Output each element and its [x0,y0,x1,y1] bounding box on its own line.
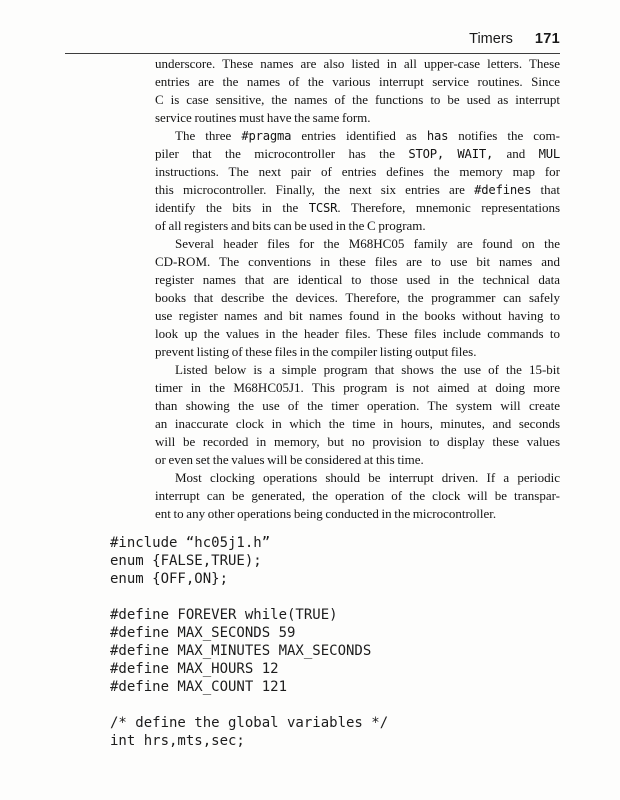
text-line: an inaccurate clock in which the time in… [155,415,560,433]
page-number: 171 [535,31,560,47]
text-line: of all registers and bits can be used in… [155,217,560,235]
code-line: enum {FALSE,TRUE); [110,552,388,570]
inline-code: has [427,129,448,143]
text-segment: instructions. The next pair of entries d… [155,164,560,179]
text-line: than showing the use of the timer operat… [155,397,560,415]
text-segment: this microcontroller. Finally, the next … [155,182,474,197]
inline-code: #pragma [241,129,291,143]
text-segment: Several header files for the M68HC05 fam… [175,236,560,251]
text-segment: prevent listing of these files in the co… [155,344,476,359]
inline-code: WAIT, [457,147,493,161]
code-line: #include “hc05j1.h” [110,534,388,552]
text-segment: or even set the values will be considere… [155,452,424,467]
code-line: #define MAX_MINUTES MAX_SECONDS [110,642,388,660]
text-line: Listed below is a simple program that sh… [155,361,560,379]
text-segment: Most clocking operations should be inter… [175,470,560,485]
running-head: Timers 171 [469,31,560,47]
text-line: CD-ROM. The conventions in these files a… [155,253,560,271]
inline-code: STOP, [408,147,444,161]
code-line [110,696,388,714]
text-segment: books that describe the devices. Therefo… [155,290,560,305]
inline-code: TCSR [309,201,338,215]
code-line [110,588,388,606]
text-segment: timer in the M68HC05J1. This program is … [155,380,560,395]
text-line: look up the values in the header files. … [155,325,560,343]
text-segment: Listed below is a simple program that sh… [175,362,560,377]
body-text: underscore. These names are also listed … [155,55,560,523]
text-line: prevent listing of these files in the co… [155,343,560,361]
section-title: Timers [469,31,513,47]
text-line: underscore. These names are also listed … [155,55,560,73]
text-line: C is case sensitive, the names of the fu… [155,91,560,109]
inline-code: MUL [539,147,560,161]
text-line: piler that the microcontroller has the S… [155,145,560,163]
code-line: #define MAX_COUNT 121 [110,678,388,696]
text-segment: that [531,182,560,197]
paragraph: Most clocking operations should be inter… [155,469,560,523]
text-segment: . Therefore, mnemonic representations [337,200,560,215]
paragraph: The three #pragma entries identified as … [155,127,560,235]
code-line: int hrs,mts,sec; [110,732,388,750]
text-segment: interrupt can be generated, the operatio… [155,488,560,503]
text-segment: CD-ROM. The conventions in these files a… [155,254,560,269]
text-segment: use register names and bit names found i… [155,308,560,323]
text-segment: look up the values in the header files. … [155,326,560,341]
text-line: timer in the M68HC05J1. This program is … [155,379,560,397]
text-line: ent to any other operations being conduc… [155,505,560,523]
code-line: #define MAX_HOURS 12 [110,660,388,678]
text-segment: register names that are identical to tho… [155,272,560,287]
text-segment: identify the bits in the [155,200,309,215]
text-segment: entries are the names of the various int… [155,74,560,89]
text-segment: entries identified as [291,128,427,143]
text-line: instructions. The next pair of entries d… [155,163,560,181]
text-line: this microcontroller. Finally, the next … [155,181,560,199]
text-line: register names that are identical to tho… [155,271,560,289]
text-line: use register names and bit names found i… [155,307,560,325]
text-line: or even set the values will be considere… [155,451,560,469]
code-listing: #include “hc05j1.h”enum {FALSE,TRUE);enu… [110,534,388,750]
text-line: The three #pragma entries identified as … [155,127,560,145]
text-segment: will be recorded in memory, but no provi… [155,434,560,449]
text-segment: ent to any other operations being conduc… [155,506,496,521]
text-line: books that describe the devices. Therefo… [155,289,560,307]
text-segment: than showing the use of the timer operat… [155,398,560,413]
text-line: Most clocking operations should be inter… [155,469,560,487]
text-segment: and [493,146,538,161]
paragraph: Several header files for the M68HC05 fam… [155,235,560,361]
text-segment: The three [175,128,241,143]
text-segment: notifies the com- [448,128,560,143]
text-segment: an inaccurate clock in which the time in… [155,416,560,431]
code-line: #define FOREVER while(TRUE) [110,606,388,624]
text-line: interrupt can be generated, the operatio… [155,487,560,505]
text-line: will be recorded in memory, but no provi… [155,433,560,451]
text-line: Several header files for the M68HC05 fam… [155,235,560,253]
text-segment: service routines must have the same form… [155,110,371,125]
text-segment: underscore. These names are also listed … [155,56,560,71]
text-line: identify the bits in the TCSR. Therefore… [155,199,560,217]
text-segment [444,146,457,161]
book-page: Timers 171 underscore. These names are a… [0,0,620,800]
paragraph: underscore. These names are also listed … [155,55,560,127]
paragraph: Listed below is a simple program that sh… [155,361,560,469]
code-line: /* define the global variables */ [110,714,388,732]
text-line: entries are the names of the various int… [155,73,560,91]
text-line: service routines must have the same form… [155,109,560,127]
text-segment: C is case sensitive, the names of the fu… [155,92,560,107]
inline-code: #defines [474,183,531,197]
text-segment: piler that the microcontroller has the [155,146,408,161]
text-segment: of all registers and bits can be used in… [155,218,426,233]
code-line: #define MAX_SECONDS 59 [110,624,388,642]
code-line: enum {OFF,ON}; [110,570,388,588]
